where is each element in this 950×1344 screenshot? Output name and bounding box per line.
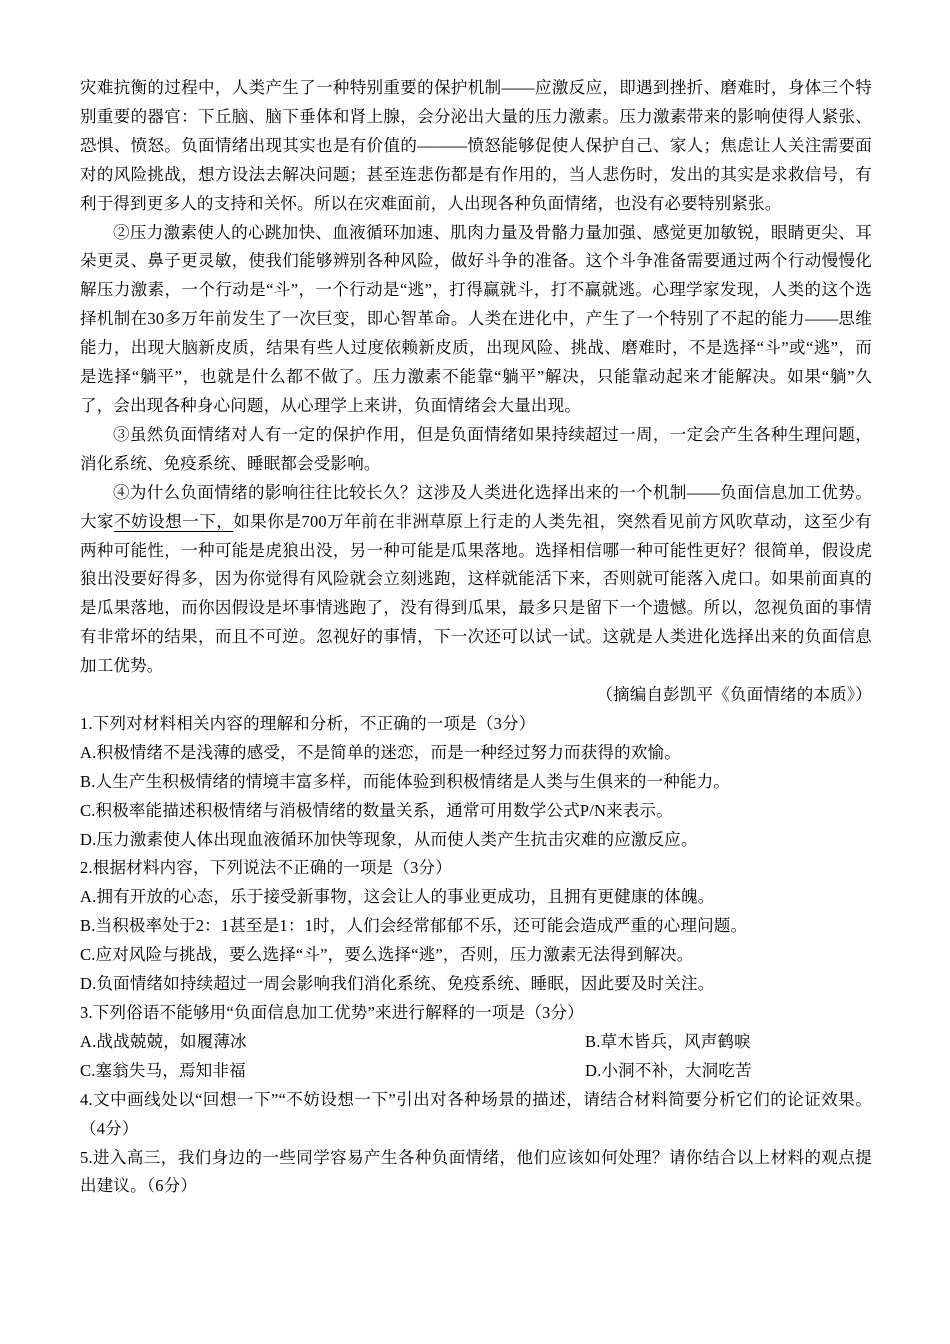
- question-3-option-d: D.小洞不补，大洞吃苦: [585, 1057, 872, 1086]
- paragraph-2: ②压力激素使人的心跳加快、血液循环加速、肌肉力量及骨骼力量加强、感觉更加敏锐，眼…: [80, 219, 872, 421]
- question-5-stem: 5.进入高三，我们身边的一些同学容易产生各种负面情绪，他们应该如何处理？请你结合…: [80, 1144, 872, 1202]
- paragraph-3: ③虽然负面情绪对人有一定的保护作用，但是负面情绪如果持续超过一周，一定会产生各种…: [80, 421, 872, 479]
- exam-paper-page: 灾难抗衡的过程中，人类产生了一种特别重要的保护机制——应激反应，即遇到挫折、磨难…: [0, 0, 950, 1344]
- question-1-stem: 1.下列对材料相关内容的理解和分析，不正确的一项是（3分）: [80, 710, 872, 739]
- question-2-stem: 2.根据材料内容，下列说法不正确的一项是（3分）: [80, 854, 872, 883]
- question-1-option-d: D.压力激素使人体出现血液循环加快等现象，从而使人类产生抗击灾难的应激反应。: [80, 826, 872, 855]
- question-3-options-row-2: C.塞翁失马，焉知非福 D.小洞不补，大洞吃苦: [80, 1057, 872, 1086]
- question-1-option-b: B.人生产生积极情绪的情境丰富多样，而能体验到积极情绪是人类与生俱来的一种能力。: [80, 768, 872, 797]
- page-content: 灾难抗衡的过程中，人类产生了一种特别重要的保护机制——应激反应，即遇到挫折、磨难…: [80, 74, 872, 1201]
- question-3-option-a: A.战战兢兢，如履薄冰: [80, 1028, 585, 1057]
- question-3-option-c: C.塞翁失马，焉知非福: [80, 1057, 585, 1086]
- question-2-option-d: D.负面情绪如持续超过一周会影响我们消化系统、免疫系统、睡眠，因此要及时关注。: [80, 970, 872, 999]
- paragraph-4-post-text: 如果你是700万年前在非洲草原上行走的人类先祖，突然看见前方风吹草动，这至少有两…: [80, 512, 872, 676]
- question-3-options-row-1: A.战战兢兢，如履薄冰 B.草木皆兵，风声鹤唳: [80, 1028, 872, 1057]
- question-3-stem: 3.下列俗语不能够用“负面信息加工优势”来进行解释的一项是（3分）: [80, 999, 872, 1028]
- paragraph-4: ④为什么负面情绪的影响往往比较长久？这涉及人类进化选择出来的一个机制——负面信息…: [80, 479, 872, 681]
- paragraph-1-continuation: 灾难抗衡的过程中，人类产生了一种特别重要的保护机制——应激反应，即遇到挫折、磨难…: [80, 74, 872, 219]
- question-1-option-c: C.积极率能描述积极情绪与消极情绪的数量关系，通常可用数学公式P/N来表示。: [80, 797, 872, 826]
- question-4-stem: 4.文中画线处以“回想一下”“不妨设想一下”引出对各种场景的描述，请结合材料简要…: [80, 1086, 872, 1144]
- question-2-option-a: A.拥有开放的心态，乐于接受新事物，这会让人的事业更成功，且拥有更健康的体魄。: [80, 883, 872, 912]
- question-3-option-b: B.草木皆兵，风声鹤唳: [585, 1028, 872, 1057]
- underlined-phrase: 不妨设想一下，: [114, 512, 233, 531]
- question-1-option-a: A.积极情绪不是浅薄的感受，不是简单的迷恋，而是一种经过努力而获得的欢愉。: [80, 739, 872, 768]
- source-attribution: （摘编自彭凯平《负面情绪的本质》）: [80, 681, 872, 710]
- question-2-option-c: C.应对风险与挑战，要么选择“斗”，要么选择“逃”，否则，压力激素无法得到解决。: [80, 941, 872, 970]
- question-2-option-b: B.当积极率处于2：1甚至是1：1时，人们会经常郁郁不乐，还可能会造成严重的心理…: [80, 912, 872, 941]
